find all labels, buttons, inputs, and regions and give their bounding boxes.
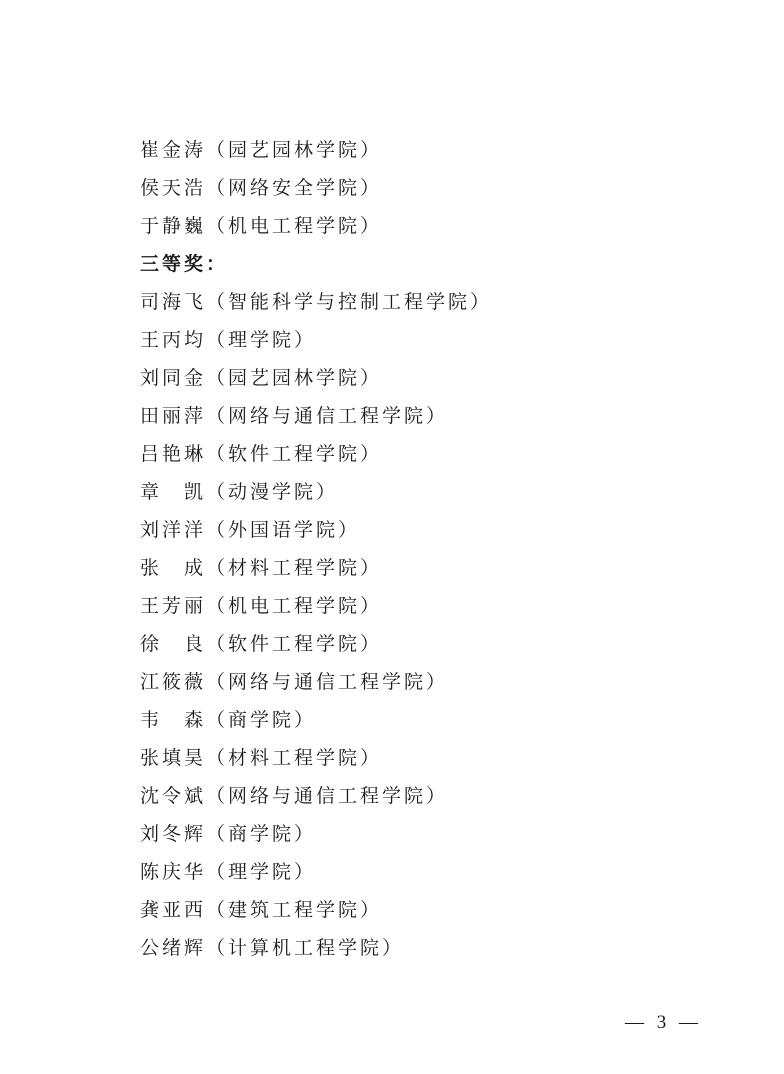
recipient-name: 崔金涛: [140, 139, 206, 161]
recipient-college: （计算机工程学院）: [206, 937, 404, 959]
list-item: 于静巍（机电工程学院）: [140, 207, 492, 245]
list-item: 江筱薇（网络与通信工程学院）: [140, 663, 492, 701]
recipient-college: （网络与通信工程学院）: [206, 405, 448, 427]
recipient-college: （商学院）: [206, 709, 316, 731]
recipient-name: 沈令斌: [140, 785, 206, 807]
recipient-college: （建筑工程学院）: [206, 899, 382, 921]
recipient-college: （软件工程学院）: [206, 633, 382, 655]
recipient-college: （理学院）: [206, 861, 316, 883]
list-item: 张填昊（材料工程学院）: [140, 739, 492, 777]
list-item: 陈庆华（理学院）: [140, 853, 492, 891]
recipient-college: （外国语学院）: [206, 519, 360, 541]
list-item: 刘同金（园艺园林学院）: [140, 359, 492, 397]
list-item: 崔金涛（园艺园林学院）: [140, 131, 492, 169]
recipient-name: 公绪辉: [140, 937, 206, 959]
recipient-college: （园艺园林学院）: [206, 367, 382, 389]
list-item: 章 凯（动漫学院）: [140, 473, 492, 511]
list-item: 沈令斌（网络与通信工程学院）: [140, 777, 492, 815]
list-item: 刘洋洋（外国语学院）: [140, 511, 492, 549]
recipient-college: （商学院）: [206, 823, 316, 845]
recipient-name: 徐 良: [140, 633, 206, 655]
recipient-name: 田丽萍: [140, 405, 206, 427]
list-item: 王芳丽（机电工程学院）: [140, 587, 492, 625]
recipient-name: 章 凯: [140, 481, 206, 503]
list-item: 侯天浩（网络安全学院）: [140, 169, 492, 207]
list-item: 龚亚西（建筑工程学院）: [140, 891, 492, 929]
list-item: 刘冬辉（商学院）: [140, 815, 492, 853]
recipient-name: 陈庆华: [140, 861, 206, 883]
recipient-college: （网络与通信工程学院）: [206, 671, 448, 693]
award-list: 崔金涛（园艺园林学院） 侯天浩（网络安全学院） 于静巍（机电工程学院） 三等奖：…: [140, 131, 492, 967]
list-item: 司海飞（智能科学与控制工程学院）: [140, 283, 492, 321]
recipient-college: （机电工程学院）: [206, 595, 382, 617]
recipient-name: 刘冬辉: [140, 823, 206, 845]
list-item: 韦 森（商学院）: [140, 701, 492, 739]
section-heading-third-prize: 三等奖：: [140, 245, 492, 283]
recipient-college: （动漫学院）: [206, 481, 338, 503]
recipient-college: （理学院）: [206, 329, 316, 351]
list-item: 公绪辉（计算机工程学院）: [140, 929, 492, 967]
recipient-name: 司海飞: [140, 291, 206, 313]
list-item: 张 成（材料工程学院）: [140, 549, 492, 587]
recipient-name: 龚亚西: [140, 899, 206, 921]
recipient-name: 王芳丽: [140, 595, 206, 617]
recipient-name: 于静巍: [140, 215, 206, 237]
recipient-college: （园艺园林学院）: [206, 139, 382, 161]
recipient-name: 侯天浩: [140, 177, 206, 199]
recipient-name: 刘洋洋: [140, 519, 206, 541]
recipient-name: 刘同金: [140, 367, 206, 389]
list-item: 王丙均（理学院）: [140, 321, 492, 359]
recipient-college: （网络与通信工程学院）: [206, 785, 448, 807]
recipient-name: 韦 森: [140, 709, 206, 731]
list-item: 田丽萍（网络与通信工程学院）: [140, 397, 492, 435]
recipient-college: （材料工程学院）: [206, 557, 382, 579]
recipient-college: （智能科学与控制工程学院）: [206, 291, 492, 313]
page-number: — 3 —: [625, 1012, 702, 1034]
recipient-college: （软件工程学院）: [206, 443, 382, 465]
list-item: 吕艳琳（软件工程学院）: [140, 435, 492, 473]
recipient-name: 江筱薇: [140, 671, 206, 693]
recipient-college: （材料工程学院）: [206, 747, 382, 769]
recipient-name: 吕艳琳: [140, 443, 206, 465]
recipient-college: （机电工程学院）: [206, 215, 382, 237]
list-item: 徐 良（软件工程学院）: [140, 625, 492, 663]
recipient-name: 王丙均: [140, 329, 206, 351]
recipient-name: 张填昊: [140, 747, 206, 769]
recipient-college: （网络安全学院）: [206, 177, 382, 199]
recipient-name: 张 成: [140, 557, 206, 579]
